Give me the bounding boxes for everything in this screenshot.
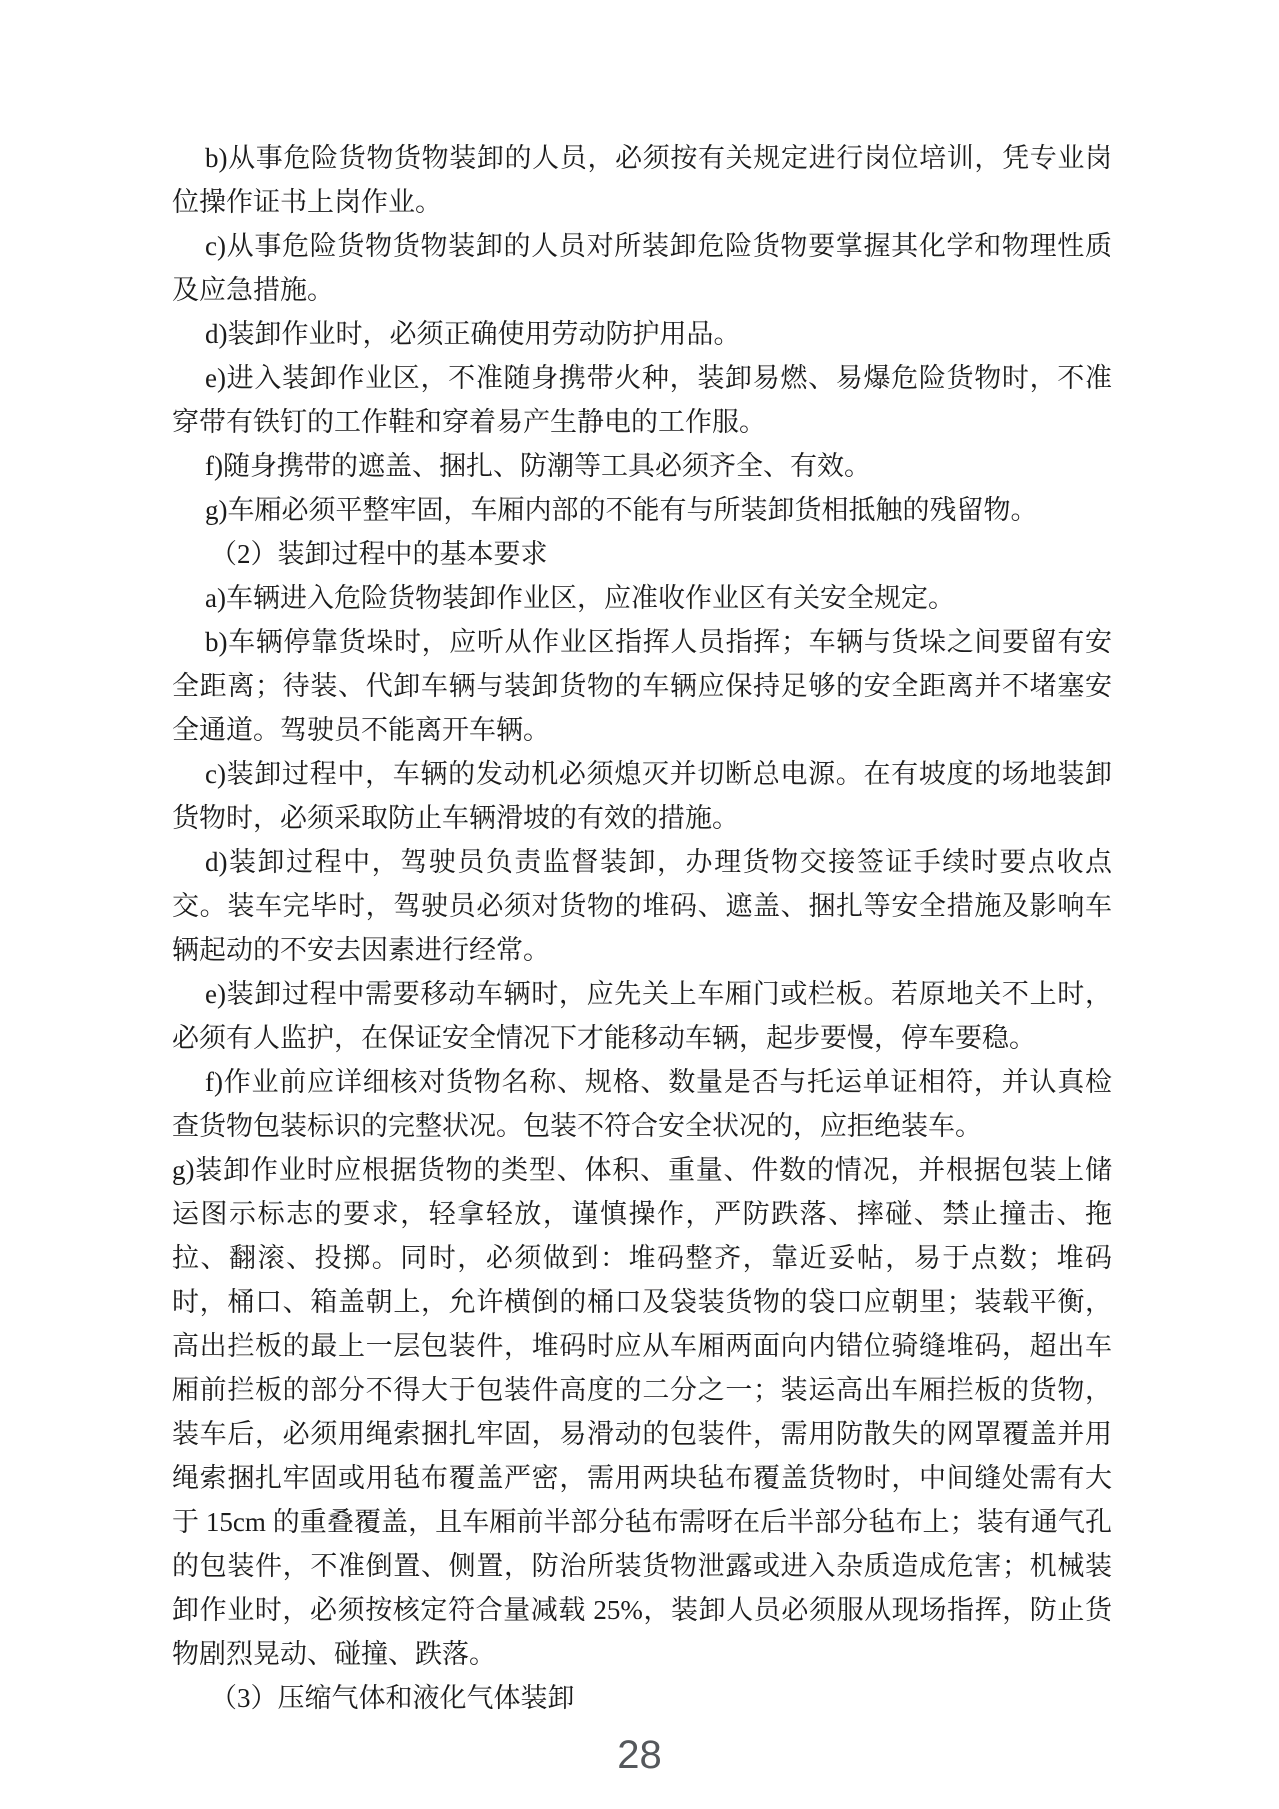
paragraph-item-d-supervision: d)装卸过程中，驾驶员负责监督装卸，办理货物交接签证手续时要点收点交。装车完毕时… <box>172 840 1112 972</box>
paragraph-item-f-tools: f)随身携带的遮盖、捆扎、防潮等工具必须齐全、有效。 <box>172 444 1112 488</box>
document-page: b)从事危险货物货物装卸的人员，必须按有关规定进行岗位培训，凭专业岗位操作证书上… <box>0 0 1279 1809</box>
paragraph-item-g-carriage: g)车厢必须平整牢固，车厢内部的不能有与所装卸货相抵触的残留物。 <box>172 488 1112 532</box>
paragraph-item-g-stacking-rules: g)装卸作业时应根据货物的类型、体积、重量、件数的情况，并根据包装上储运图示标志… <box>172 1148 1112 1676</box>
paragraph-item-a-entry: a)车辆进入危险货物装卸作业区，应准收作业区有关安全规定。 <box>172 576 1112 620</box>
subsection-heading-3: （3）压缩气体和液化气体装卸 <box>172 1676 1112 1720</box>
document-body-text: b)从事危险货物货物装卸的人员，必须按有关规定进行岗位培训，凭专业岗位操作证书上… <box>172 136 1112 1720</box>
paragraph-item-f-verification: f)作业前应详细核对货物名称、规格、数量是否与托运单证相符，并认真检查货物包装标… <box>172 1060 1112 1148</box>
subsection-heading-2: （2）装卸过程中的基本要求 <box>172 532 1112 576</box>
paragraph-item-e-fire-ban: e)进入装卸作业区，不准随身携带火种，装卸易燃、易爆危险货物时，不准穿带有铁钉的… <box>172 356 1112 444</box>
paragraph-item-d-protection: d)装卸作业时，必须正确使用劳动防护用品。 <box>172 312 1112 356</box>
paragraph-item-e-moving-vehicle: e)装卸过程中需要移动车辆时，应先关上车厢门或栏板。若原地关不上时，必须有人监护… <box>172 972 1112 1060</box>
paragraph-item-b-parking: b)车辆停靠货垛时，应听从作业区指挥人员指挥；车辆与货垛之间要留有安全距离；待装… <box>172 620 1112 752</box>
paragraph-item-c-knowledge: c)从事危险货物货物装卸的人员对所装卸危险货物要掌握其化学和物理性质及应急措施。 <box>172 224 1112 312</box>
paragraph-item-c-engine-off: c)装卸过程中，车辆的发动机必须熄灭并切断总电源。在有坡度的场地装卸货物时，必须… <box>172 752 1112 840</box>
paragraph-item-b-training: b)从事危险货物货物装卸的人员，必须按有关规定进行岗位培训，凭专业岗位操作证书上… <box>172 136 1112 224</box>
page-number: 28 <box>0 1733 1279 1778</box>
